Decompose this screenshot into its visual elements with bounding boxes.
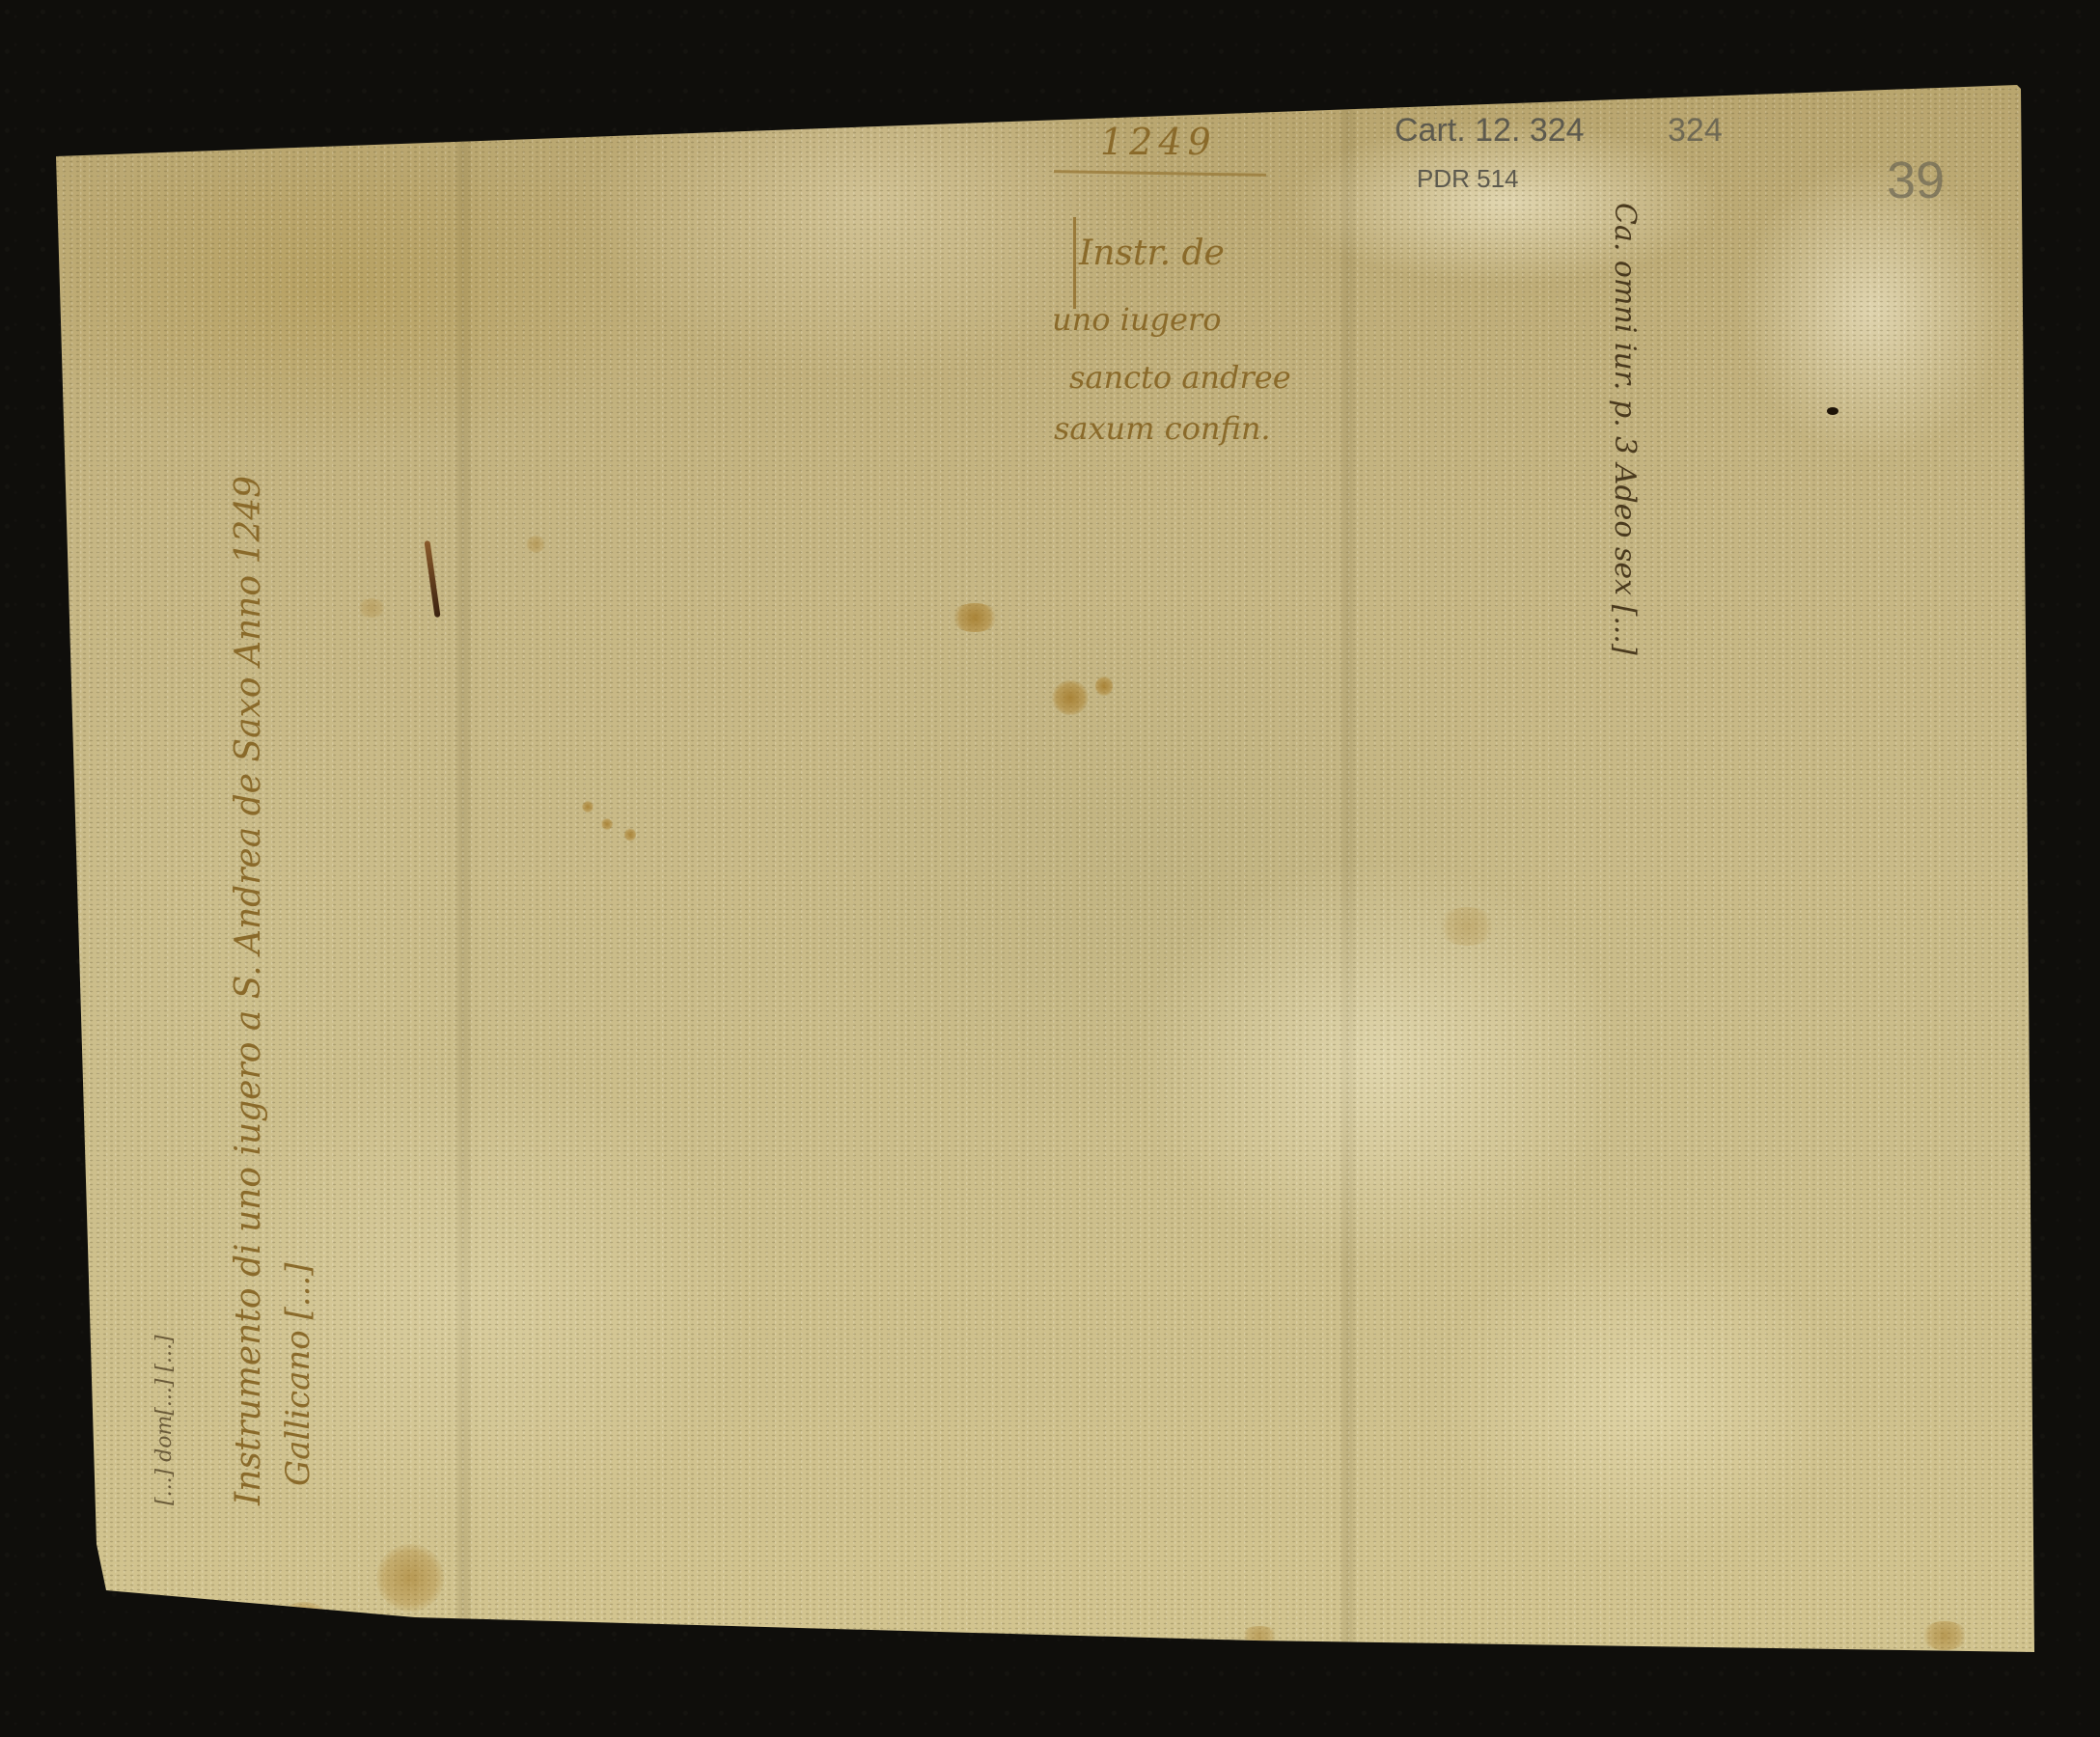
endorsement-left-vertical-line1: Instrumento di uno iugero a S. Andrea de… [232,476,266,1505]
endorsement-bracket [1073,217,1076,309]
archive-shelfmark-line1: Cart. 12. 324 [1395,114,1585,147]
document-viewer: Cart. 12. 324 PDR 514 324 39 1249 Instr.… [0,0,2100,1737]
archive-number: 324 [1668,114,1723,147]
endorsement-left-vertical-line2: Gallicano [...] [282,1263,315,1487]
stain [601,818,613,830]
archive-shelfmark-line2: PDR 514 [1417,166,1519,191]
stain [624,828,636,841]
stain [951,603,999,632]
endorsement-center-line2: uno iugero [1052,304,1221,335]
stain [1240,1626,1279,1645]
stain [526,536,545,553]
stain [1052,680,1089,715]
stain [1095,675,1113,697]
endorsement-center-line1: Instr. de [1079,236,1225,271]
date-heading: 1249 [1100,124,1217,160]
pencil-number-corner: 39 [1887,154,1945,207]
stain [275,1602,333,1650]
ink-dot [1827,407,1838,415]
stain [1920,1621,1969,1650]
stain [376,1544,444,1612]
endorsement-right-vertical: Ca. omni iur. p. 3 Adeo sex [...] [1610,203,1639,655]
endorsement-center-line4: saxum confin. [1054,413,1271,444]
stain [357,598,386,618]
endorsement-left-vertical-line3: [...] dom[...] [...] [154,1335,176,1505]
endorsement-center-line3: sancto andree [1069,362,1291,393]
stain [1438,907,1496,946]
stain [582,801,594,813]
